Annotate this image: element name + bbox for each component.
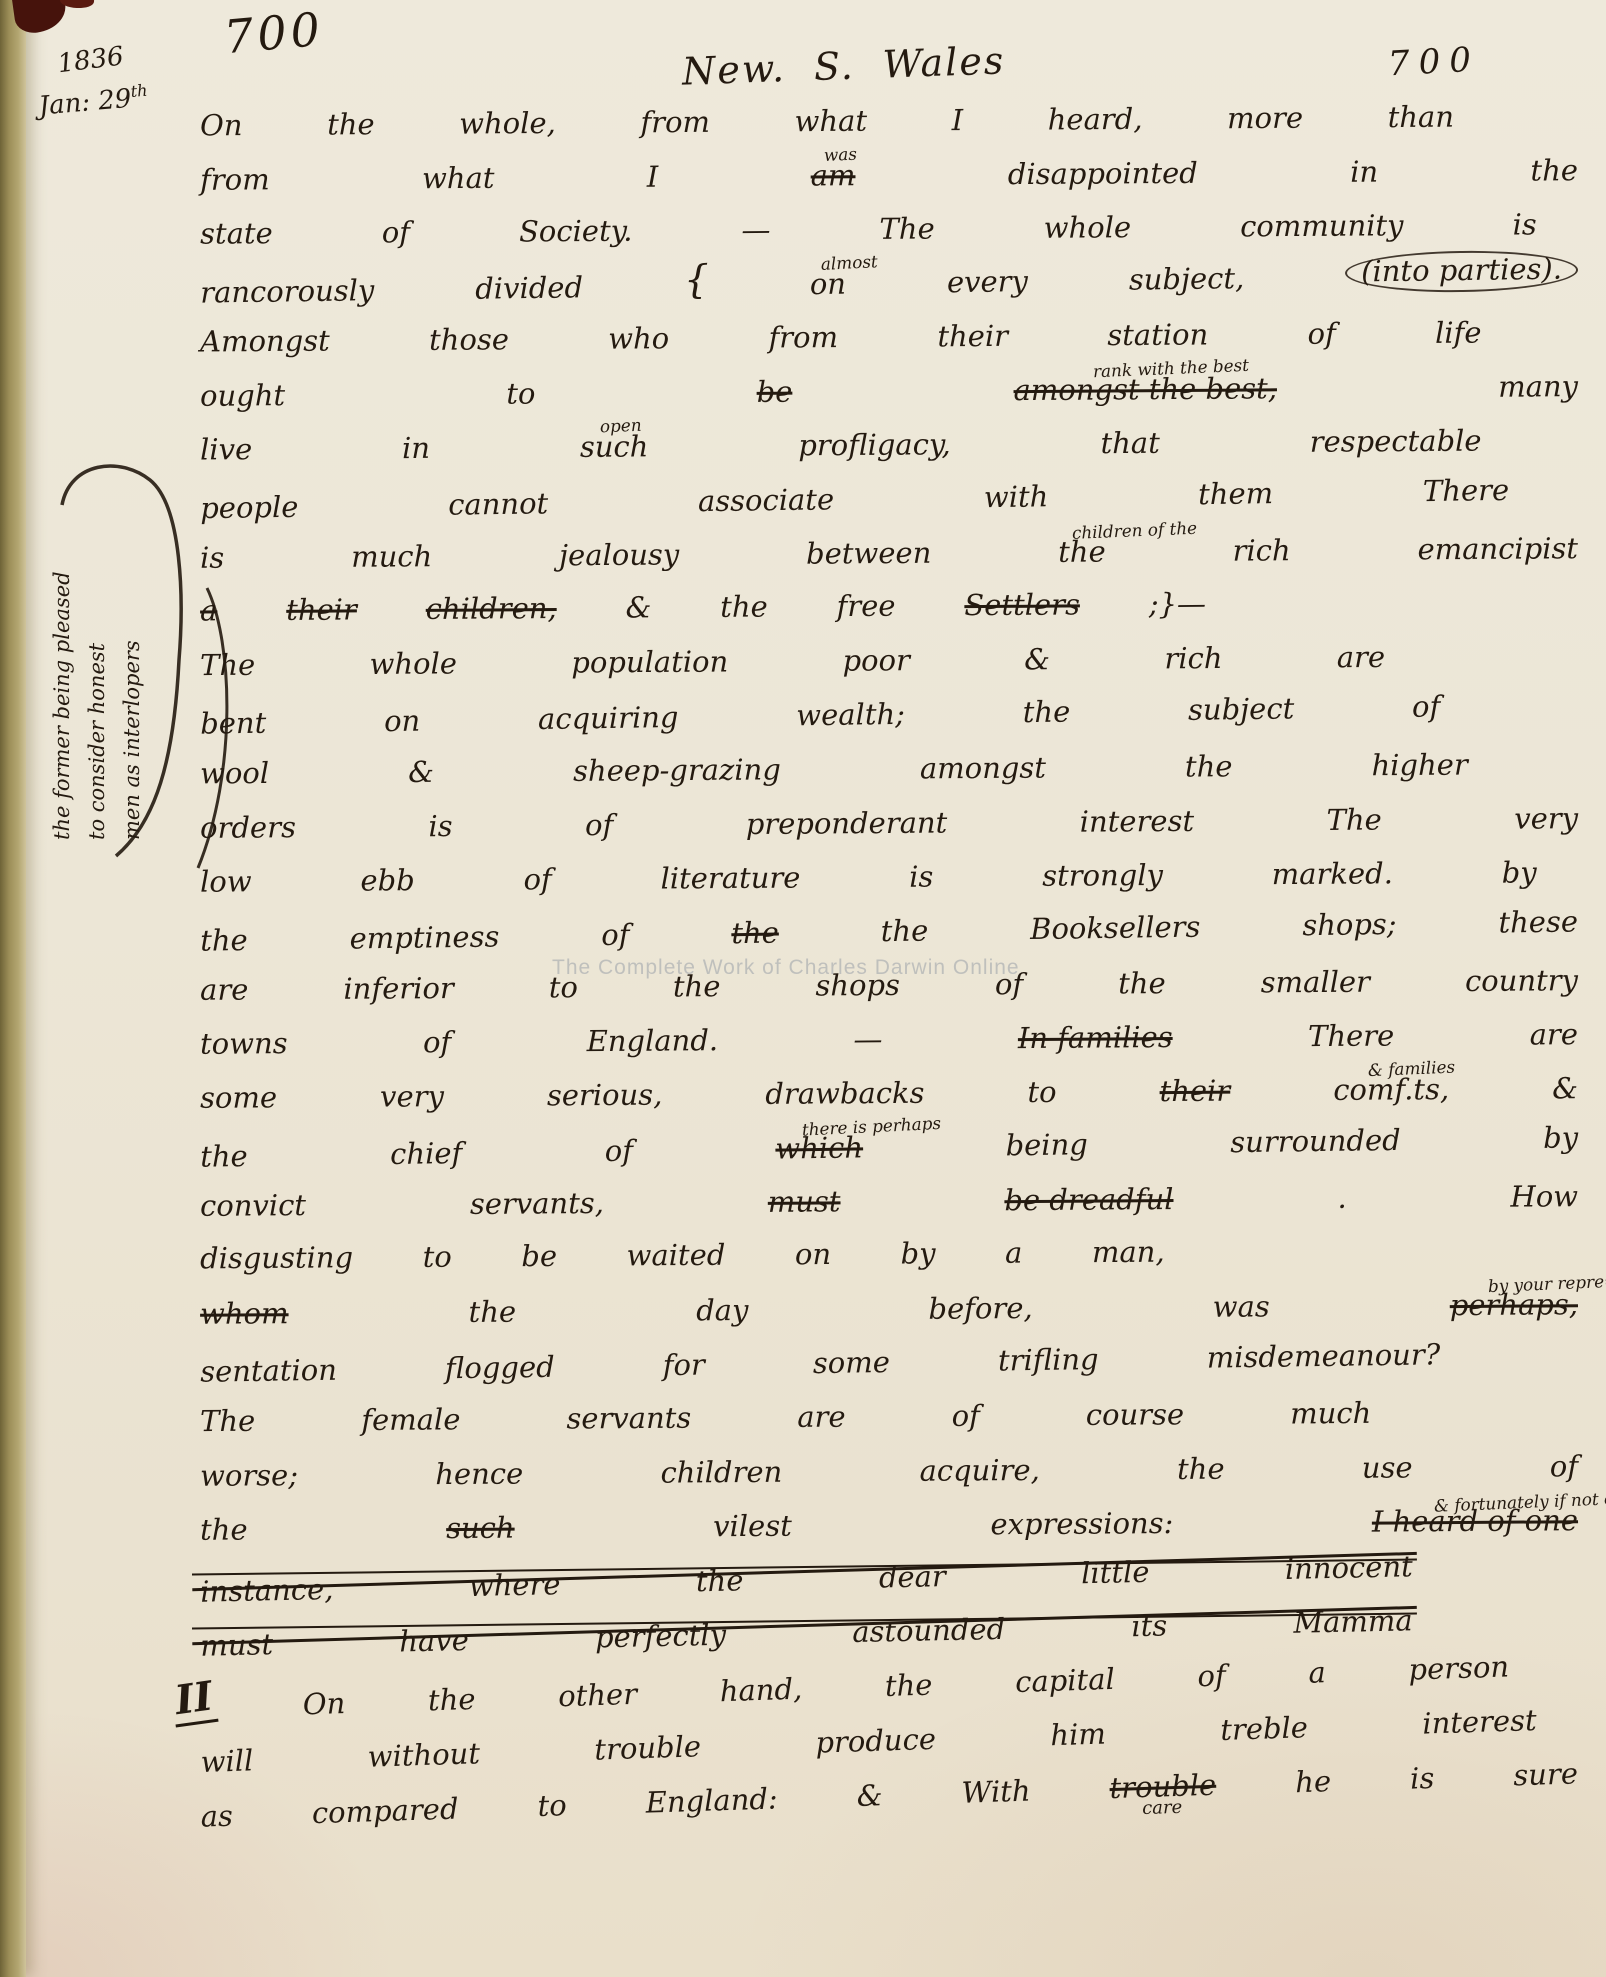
word: capital — [1015, 1662, 1116, 1698]
word: its — [1131, 1609, 1168, 1643]
word: troublecare — [1109, 1768, 1217, 1805]
word: With — [961, 1774, 1031, 1809]
word: what — [794, 104, 867, 138]
word: in — [1350, 155, 1378, 189]
word: the — [731, 916, 779, 950]
word: whole — [369, 647, 457, 681]
word: the — [1177, 1452, 1225, 1486]
word: the — [1185, 750, 1233, 784]
word: rich — [1164, 642, 1222, 676]
word: England: — [645, 1782, 778, 1819]
word: astounded — [852, 1612, 1006, 1649]
word: heard, — [1048, 102, 1143, 136]
word: without — [367, 1737, 480, 1774]
word: life — [1435, 316, 1482, 350]
word: live — [200, 433, 252, 467]
manuscript-line: townsofEngland.—In familiesThereare — [200, 997, 1578, 1061]
word: & — [408, 755, 434, 789]
word: interest — [1422, 1704, 1537, 1741]
manuscript-body: Onthewhole,fromwhatIheard,morethanfromwh… — [200, 84, 1578, 1812]
manuscript-line: wool&sheep-grazingamongstthehigher — [200, 728, 1468, 791]
word: trifling — [998, 1343, 1099, 1378]
manuscript-line: Thefemaleservantsareofcoursemuch — [200, 1376, 1372, 1438]
word: other — [558, 1678, 638, 1714]
word: before, — [928, 1292, 1032, 1326]
word: flogged — [445, 1350, 555, 1385]
word: trouble — [594, 1730, 702, 1767]
word: of — [952, 1399, 980, 1433]
word: is — [200, 541, 224, 575]
word: The — [200, 648, 255, 682]
manuscript-line: convictservants,mustbe dreadful.How — [200, 1159, 1578, 1223]
word: much — [1290, 1397, 1371, 1431]
word: & — [625, 591, 651, 625]
word: is — [909, 860, 933, 894]
word: their — [937, 319, 1008, 353]
word: divided — [475, 271, 583, 306]
word: to — [423, 1240, 452, 1274]
margin-date-day: Jan: 29th — [37, 81, 149, 122]
word: the — [468, 1295, 516, 1329]
word: poor — [842, 644, 910, 678]
word: in — [402, 432, 430, 466]
word: was — [1213, 1290, 1270, 1324]
word: person — [1408, 1650, 1510, 1686]
interlined-insertion: children of the — [1072, 519, 1198, 544]
word: The — [1326, 803, 1381, 837]
margin-note-line: men as interlopers — [115, 440, 150, 840]
word: strongly — [1042, 859, 1163, 893]
word: the — [1118, 967, 1166, 1001]
word: what — [422, 161, 495, 195]
word: very — [380, 1080, 444, 1114]
word: from — [200, 163, 270, 197]
word: as — [200, 1799, 233, 1833]
word: drawbacks — [765, 1076, 924, 1110]
word: hence — [435, 1457, 523, 1491]
word: of — [585, 809, 613, 843]
word: (into parties). — [1345, 249, 1578, 294]
word: have — [399, 1624, 469, 1659]
word: some — [200, 1081, 277, 1115]
word: whichthere is perhaps — [775, 1131, 863, 1166]
interlined-insertion: was — [824, 145, 858, 166]
word: towns — [200, 1027, 288, 1061]
word: day — [696, 1294, 748, 1328]
word: is — [428, 810, 452, 844]
word: of — [605, 1134, 634, 1168]
page-number-top-right: 700 — [1387, 40, 1481, 85]
page-number-top-left: 700 — [222, 2, 326, 64]
word: low — [200, 865, 252, 899]
word: to — [549, 971, 578, 1005]
word: free — [836, 589, 895, 623]
margin-note-line: to consider honest — [80, 440, 115, 840]
word: serious, — [547, 1078, 663, 1112]
word: some — [813, 1346, 890, 1380]
interlined-insertion: there is perhaps — [801, 1114, 941, 1140]
word: amongst the best,rank with the best — [1013, 372, 1277, 407]
word: hand, — [719, 1672, 802, 1708]
word: orders — [200, 811, 296, 845]
word: On — [302, 1687, 345, 1722]
word: interest — [1080, 805, 1195, 839]
word: of — [382, 216, 410, 250]
word: these — [1498, 905, 1578, 939]
word: shops; — [1302, 908, 1397, 943]
word: him — [1050, 1717, 1106, 1752]
word: marked. — [1272, 857, 1393, 891]
word: produce — [815, 1723, 937, 1760]
interlined-insertion: almost — [820, 253, 878, 275]
word: servants, — [470, 1187, 604, 1221]
book-gutter-edge — [0, 0, 26, 1977]
word: Settlers — [964, 588, 1080, 622]
word: The — [879, 212, 934, 246]
word: of — [995, 968, 1023, 1002]
manuscript-line: atheirchildren,&thefreeSettlers;}— — [200, 566, 1206, 627]
manuscript-line: areinferiortotheshopsofthesmallercountry — [200, 943, 1578, 1007]
word: such — [446, 1511, 515, 1545]
word: on — [795, 1238, 831, 1272]
word: In families — [1018, 1021, 1173, 1055]
word: associate — [698, 483, 835, 518]
word: very — [1514, 802, 1578, 836]
word: whole, — [459, 107, 556, 141]
word: sure — [1513, 1757, 1579, 1792]
paragraph-mark: II — [169, 1673, 219, 1727]
word: . — [1337, 1181, 1346, 1214]
margin-date: 1836 Jan: 29th — [56, 39, 150, 121]
word: onalmost — [810, 267, 847, 301]
word: many — [1498, 370, 1578, 404]
word: on — [384, 704, 421, 738]
word: are — [1337, 641, 1386, 675]
interlined-insertion: & fortunately if not equally vile ideas — [1433, 1484, 1606, 1517]
word: must — [768, 1185, 841, 1219]
word: — — [853, 1023, 882, 1057]
word: — — [741, 213, 770, 247]
manuscript-line: Onthewhole,fromwhatIheard,morethan — [200, 80, 1454, 143]
word: amwas — [811, 159, 856, 193]
word: servants — [566, 1401, 691, 1435]
word: of — [601, 918, 630, 952]
word: the — [884, 1668, 933, 1703]
word: The — [200, 1404, 255, 1438]
word: between — [806, 536, 931, 570]
word: are — [797, 1400, 846, 1434]
word: surrounded — [1230, 1124, 1401, 1160]
manuscript-page: 700 New. S. Wales 700 1836 Jan: 29th the… — [0, 0, 1606, 1977]
margin-note-line: the former being pleased — [45, 440, 80, 840]
word: of — [1550, 1450, 1578, 1484]
word: waited — [626, 1238, 725, 1272]
word: of — [1307, 317, 1335, 351]
margin-date-year: 1836 — [56, 39, 145, 79]
manuscript-line: worse;hencechildrenacquire,theuseof — [200, 1429, 1578, 1493]
word: from — [640, 105, 710, 139]
word: I — [952, 104, 964, 137]
word: to — [506, 377, 535, 411]
word: the — [881, 914, 929, 948]
word: their — [1159, 1074, 1230, 1108]
manuscript-line: ismuchjealousybetweenthechildren of ther… — [200, 511, 1578, 575]
word: to — [1027, 1075, 1056, 1109]
word: country — [1465, 964, 1578, 998]
word: wool — [200, 757, 269, 791]
manuscript-line: ordersisofpreponderantinterestThevery — [200, 781, 1578, 845]
word: much — [351, 540, 432, 574]
word: amongst — [920, 751, 1046, 785]
word: Society. — [519, 214, 633, 248]
manuscript-line: Amongstthosewhofromtheirstationoflife — [200, 296, 1482, 359]
word: Amongst — [200, 324, 330, 358]
word: by — [1543, 1121, 1578, 1155]
word: with — [984, 480, 1049, 514]
word: jealousy — [559, 538, 679, 572]
word: those — [429, 323, 509, 357]
word: use — [1362, 1451, 1413, 1485]
word: innocent — [1285, 1550, 1413, 1586]
word: than — [1388, 100, 1455, 134]
word: subject — [1188, 692, 1295, 727]
word: acquire, — [919, 1454, 1040, 1488]
word: children — [660, 1455, 782, 1489]
word: whom — [200, 1297, 289, 1331]
word: their — [286, 593, 357, 627]
word: sheep-grazing — [573, 753, 781, 788]
word: ebb — [360, 864, 415, 898]
word: for — [663, 1348, 706, 1382]
word: ought — [200, 379, 285, 413]
word: How — [1510, 1180, 1578, 1214]
word: them — [1198, 477, 1273, 511]
word: man, — [1092, 1235, 1165, 1269]
word: of — [1412, 690, 1441, 724]
interlined-insertion: open — [600, 416, 642, 437]
word: population — [571, 645, 728, 679]
word: subject, — [1129, 262, 1245, 297]
word: are — [200, 973, 249, 1007]
word: the — [696, 1564, 744, 1598]
word: female — [361, 1403, 460, 1437]
word: from — [768, 321, 838, 355]
word: treble — [1220, 1711, 1309, 1747]
word: he — [1295, 1765, 1332, 1799]
word: higher — [1371, 748, 1467, 782]
word: the — [427, 1683, 476, 1718]
margin-note: the former being pleased to consider hon… — [45, 440, 155, 840]
word: be dreadful — [1004, 1183, 1173, 1218]
word: worse; — [200, 1459, 298, 1493]
word: profligacy, — [798, 428, 951, 462]
word: children, — [426, 592, 557, 626]
word: more — [1227, 101, 1303, 135]
word: whole — [1044, 211, 1132, 245]
word: & — [1024, 643, 1050, 677]
word: a — [200, 594, 218, 627]
word: being — [1005, 1128, 1088, 1162]
word: will — [200, 1744, 254, 1779]
word: compared — [311, 1792, 459, 1830]
interlined-insertion: & families — [1367, 1058, 1455, 1081]
word: be — [521, 1240, 557, 1274]
word: be — [757, 375, 793, 409]
word: shops — [815, 969, 900, 1003]
word: perhaps,by your repre= — [1450, 1288, 1578, 1322]
word: who — [608, 322, 669, 356]
word: rich — [1232, 534, 1290, 568]
word: every — [947, 265, 1028, 299]
word: convict — [200, 1189, 306, 1223]
word: state — [200, 217, 273, 251]
word: wealth; — [796, 697, 905, 732]
word: little — [1081, 1555, 1150, 1590]
word: disappointed — [1008, 157, 1198, 192]
word: the — [200, 1513, 248, 1547]
word: perfectly — [595, 1618, 727, 1654]
word: smaller — [1261, 965, 1370, 999]
word: by — [900, 1237, 935, 1271]
word: On — [200, 109, 243, 143]
word: vilest — [713, 1509, 792, 1543]
word: thechildren of the — [1058, 535, 1106, 569]
word: station — [1107, 318, 1208, 352]
word: the — [327, 108, 375, 142]
word: of — [1197, 1659, 1226, 1693]
word: of — [423, 1026, 451, 1060]
word: There — [1308, 1019, 1394, 1053]
margin-date-day-text: Jan: 29 — [38, 84, 133, 122]
word: the — [720, 590, 768, 624]
word: must — [200, 1628, 273, 1663]
word: preponderant — [746, 806, 948, 841]
word: where — [468, 1568, 560, 1603]
word: to — [537, 1789, 567, 1823]
word: inferior — [343, 972, 454, 1006]
word: a — [1005, 1236, 1023, 1269]
word: England. — [587, 1024, 719, 1058]
word: of — [523, 863, 551, 897]
word: literature — [660, 861, 800, 895]
word: is — [1410, 1762, 1435, 1796]
word: ;}— — [1149, 587, 1206, 621]
word: { — [684, 258, 710, 303]
interlined-insertion: by your repre= — [1488, 1272, 1606, 1297]
word: acquiring — [538, 701, 679, 736]
word: I — [647, 160, 659, 193]
word: the — [1023, 695, 1071, 729]
word: the — [1530, 154, 1578, 188]
word: There — [1423, 474, 1510, 509]
word: cannot — [448, 487, 548, 522]
word: emancipist — [1417, 532, 1578, 566]
word: that — [1100, 426, 1160, 460]
word: course — [1086, 1398, 1185, 1432]
word: are — [1530, 1018, 1579, 1052]
word: disgusting — [200, 1241, 353, 1275]
word: chief — [390, 1137, 463, 1171]
manuscript-line: disgustingtobewaitedonbyaman, — [200, 1215, 1165, 1276]
word: a — [1308, 1656, 1326, 1690]
word: dear — [879, 1560, 947, 1595]
manuscript-line: oughttobeamongst the best,rank with the … — [200, 349, 1578, 413]
interlined-insertion: rank with the best — [1092, 356, 1249, 382]
word: instance, — [200, 1573, 334, 1609]
interlined-insertion-below: care — [1142, 1797, 1183, 1819]
word: suchopen — [580, 430, 649, 464]
word: Booksellers — [1030, 910, 1201, 946]
word: misdemeanour? — [1206, 1338, 1440, 1375]
margin-date-suffix: th — [130, 81, 148, 101]
manuscript-line: fromwhatIamwasdisappointedinthe — [200, 133, 1578, 197]
word: & — [856, 1779, 883, 1813]
word: the — [673, 970, 721, 1004]
